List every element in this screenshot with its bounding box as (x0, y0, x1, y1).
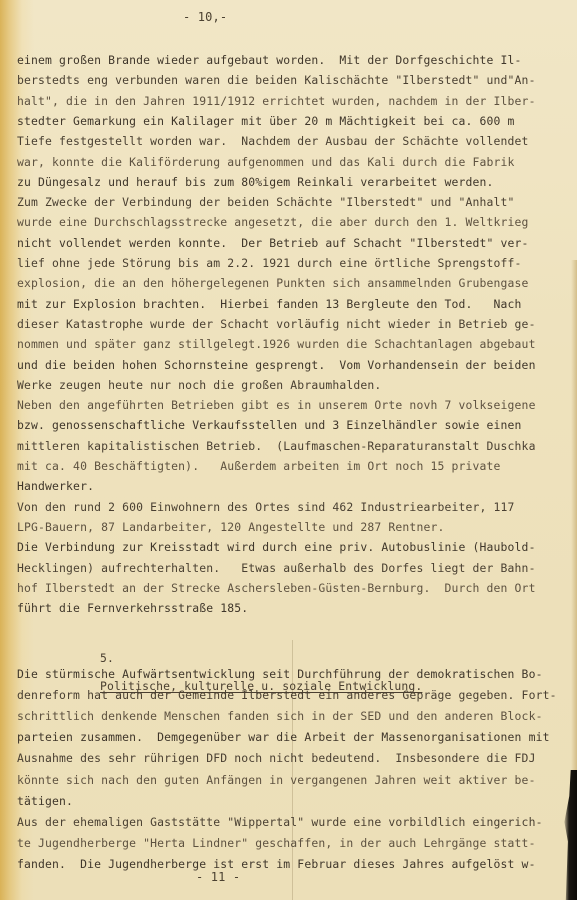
text-line: halt", die in den Jahren 1911/1912 erric… (17, 94, 536, 108)
text-line: Die stürmische Aufwärtsentwicklung seit … (17, 667, 543, 681)
text-line: nommen und später ganz stillgelegt.1926 … (17, 337, 536, 351)
section-number: 5. (100, 651, 114, 665)
text-line: denreform hat auch der Gemeinde Ilberste… (17, 688, 557, 702)
text-line: Zum Zwecke der Verbindung der beiden Sch… (17, 195, 515, 209)
text-line: mittleren kapitalistischen Betrieb. (Lau… (17, 439, 536, 453)
text-line: explosion, die an den höhergelegenen Pun… (17, 276, 529, 290)
text-line: einem großen Brande wieder aufgebaut wor… (17, 53, 522, 67)
text-line: Ausnahme des sehr rührigen DFD noch nich… (17, 751, 536, 765)
text-line: stedter Gemarkung ein Kalilager mit über… (17, 114, 515, 128)
typewritten-page: - 10,- einem großen Brande wieder aufgeb… (0, 0, 577, 900)
text-line: dieser Katastrophe wurde der Schacht vor… (17, 317, 536, 331)
text-line: Tiefe festgestellt worden war. Nachdem d… (17, 134, 529, 148)
text-line: war, konnte die Kaliförderung aufgenomme… (17, 155, 515, 169)
text-line: parteien zusammen. Demgegenüber war die … (17, 730, 550, 744)
text-line: te Jugendherberge "Herta Lindner" gescha… (17, 836, 536, 850)
text-line: mit ca. 40 Beschäftigten). Außerdem arbe… (17, 459, 501, 473)
text-line: Aus der ehemaligen Gaststätte "Wippertal… (17, 815, 543, 829)
text-line: wurde eine Durchschlagsstrecke angesetzt… (17, 215, 529, 229)
text-line: LPG-Bauern, 87 Landarbeiter, 120 Angeste… (17, 520, 444, 534)
text-line: lief ohne jede Störung bis am 2.2. 1921 … (17, 256, 522, 270)
text-line: führt die Fernverkehrsstraße 185. (17, 601, 248, 615)
text-line: berstedts eng verbunden waren die beiden… (17, 73, 536, 87)
text-line: könnte sich nach den guten Anfängen in v… (17, 773, 536, 787)
text-line: und die beiden hohen Schornsteine gespre… (17, 358, 536, 372)
text-line: Handwerker. (17, 479, 94, 493)
text-line: fanden. Die Jugendherberge ist erst im F… (17, 857, 536, 871)
page-number-bottom: - 11 - (196, 870, 240, 884)
text-line: Die Verbindung zur Kreisstadt wird durch… (17, 540, 536, 554)
text-line: Neben den angeführten Betrieben gibt es … (17, 398, 536, 412)
text-line: mit zur Explosion brachten. Hierbei fand… (17, 297, 522, 311)
text-line: nicht vollendet werden konnte. Der Betri… (17, 236, 529, 250)
text-line: tätigen. (17, 794, 73, 808)
text-line: Werke zeugen heute nur noch die großen A… (17, 378, 381, 392)
text-line: zu Düngesalz und herauf bis zum 80%igem … (17, 175, 494, 189)
text-line: bzw. genossenschaftliche Verkaufsstellen… (17, 418, 522, 432)
text-line: schrittlich denkende Menschen fanden sic… (17, 709, 543, 723)
page-number-top: - 10,- (183, 10, 227, 24)
text-line: Von den rund 2 600 Einwohnern des Ortes … (17, 500, 515, 514)
text-line: hof Ilberstedt an der Strecke Aschersleb… (17, 581, 536, 595)
text-line: Hecklingen) aufrechterhalten. Etwas auße… (17, 561, 536, 575)
